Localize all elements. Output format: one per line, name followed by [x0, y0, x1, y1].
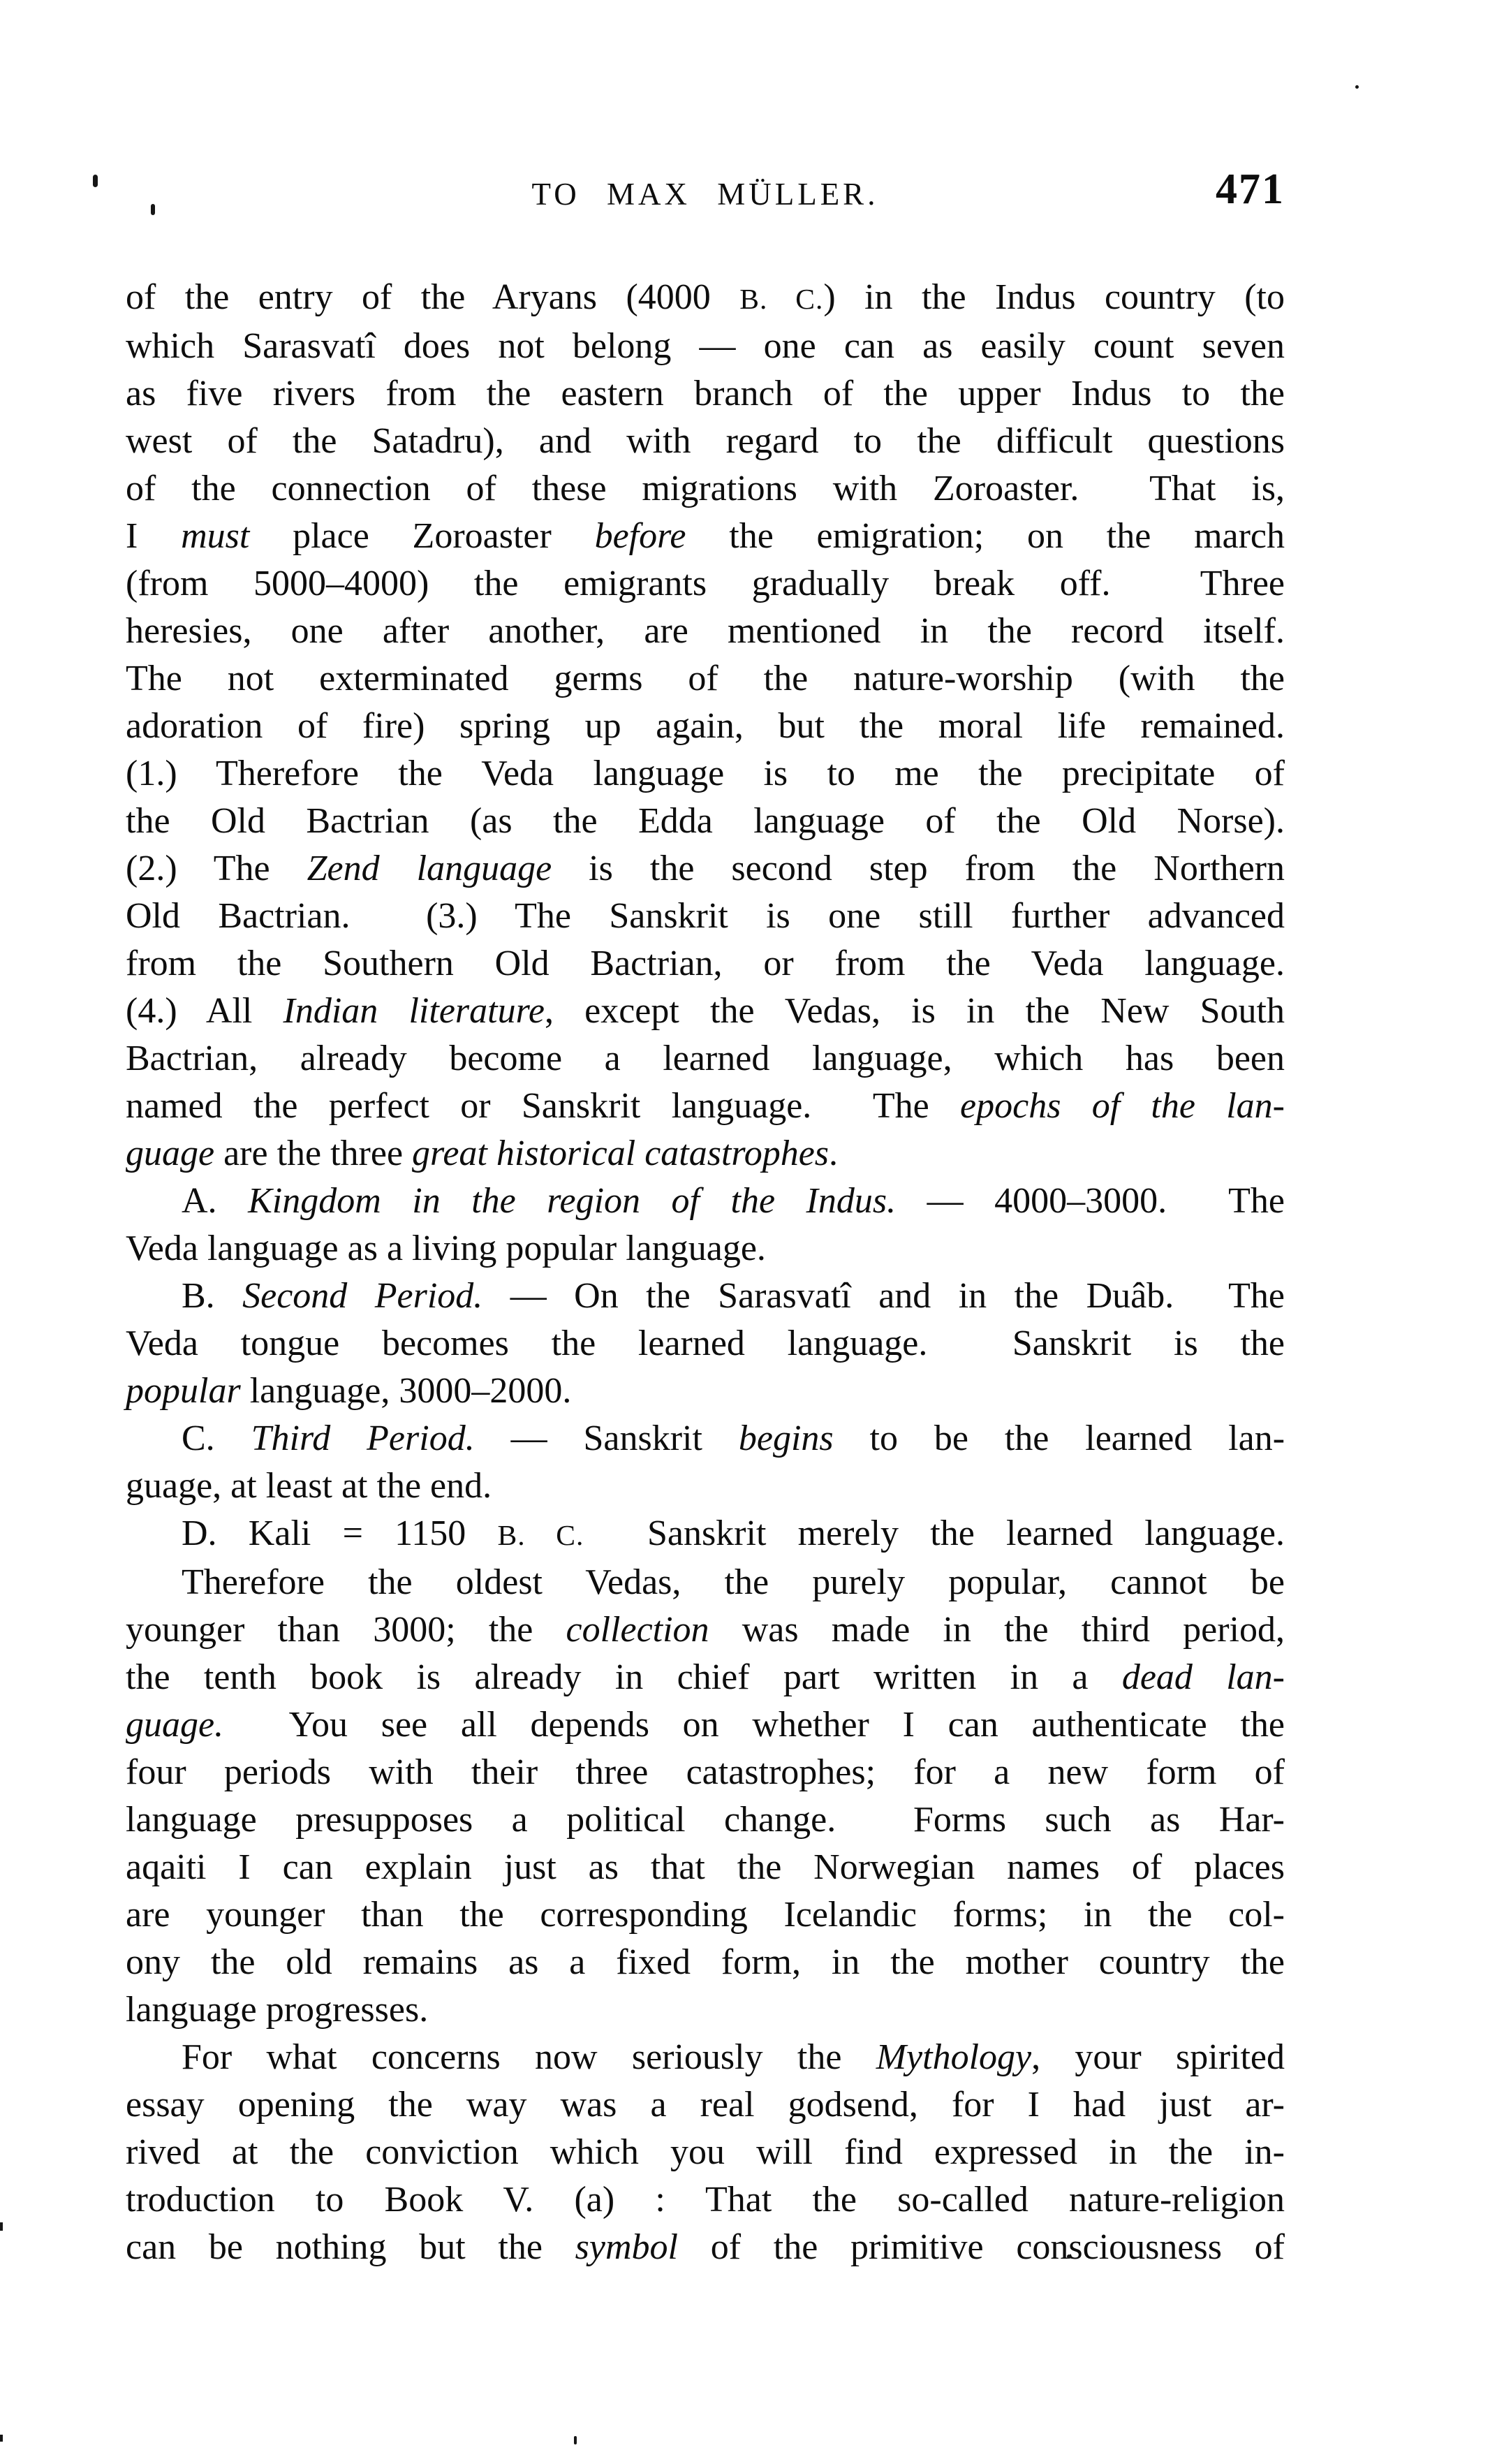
body-text: the tenth book is already in chief part …: [126, 1657, 1122, 1697]
text-line: as five rivers from the eastern branch o…: [126, 370, 1285, 418]
text-line: which Sarasvatî does not belong — one ca…: [126, 323, 1285, 370]
text-line: guage. You see all depends on whether I …: [126, 1701, 1285, 1749]
body-text: of the entry of the Aryans (4000: [126, 277, 739, 317]
italic-text: guage: [126, 1134, 214, 1173]
body-text: (from 5000–4000) the emigrants gradually…: [126, 564, 1285, 603]
body-text: language presupposes a political change.…: [126, 1800, 1285, 1840]
body-text: essay opening the way was a real godsend…: [126, 2085, 1285, 2125]
text-line: can be nothing but the symbol of the pri…: [126, 2224, 1285, 2271]
text-line: D. Kali = 1150 B. C. Sanskrit merely the…: [126, 1510, 1285, 1559]
body-text: can be nothing but the: [126, 2227, 575, 2267]
body-text: west of the Satadru), and with regard to…: [126, 421, 1285, 461]
text-line: (1.) Therefore the Veda language is to m…: [126, 750, 1285, 798]
text-line: essay opening the way was a real godsend…: [126, 2081, 1285, 2129]
text-line: the tenth book is already in chief part …: [126, 1654, 1285, 1701]
body-text: (1.) Therefore the Veda language is to m…: [126, 754, 1285, 793]
text-line: Veda tongue becomes the learned language…: [126, 1320, 1285, 1367]
ink-speck: [0, 2435, 3, 2442]
ink-speck: [1355, 85, 1359, 89]
body-text: to be the learned lan-: [834, 1418, 1285, 1458]
ink-speck: [93, 175, 98, 187]
text-line: (from 5000–4000) the emigrants gradually…: [126, 560, 1285, 608]
italic-text: Mythology: [876, 2037, 1031, 2077]
body-text: C.: [182, 1418, 251, 1458]
body-text: — On the Sarasvatî and in the Duâb. The: [482, 1276, 1285, 1316]
body-text: heresies, one after another, are mention…: [126, 611, 1285, 651]
body-text: are the three: [214, 1134, 412, 1173]
text-line: from the Southern Old Bactrian, or from …: [126, 940, 1285, 988]
body-text: four periods with their three catastroph…: [126, 1752, 1285, 1792]
ink-speck: [574, 2436, 577, 2444]
italic-text: Zend language: [307, 849, 552, 888]
body-text: language progresses.: [126, 1990, 428, 2030]
book-page: TO MAX MÜLLER. 471 of the entry of the A…: [0, 0, 1497, 2464]
body-text: of the primitive consciousness of: [678, 2227, 1285, 2267]
text-line: (2.) The Zend language is the second ste…: [126, 845, 1285, 893]
body-text: The not exterminated germs of the nature…: [126, 659, 1285, 698]
text-line: adoration of fire) spring up again, but …: [126, 703, 1285, 750]
italic-text: collection: [566, 1610, 709, 1650]
body-text: Sanskrit merely the learned language.: [584, 1513, 1285, 1553]
italic-text: Kingdom in the region of the Indus.: [248, 1181, 896, 1221]
body-text: I: [126, 516, 181, 556]
body-text: the Old Bactrian (as the Edda language o…: [126, 801, 1285, 841]
text-line: aqaiti I can explain just as that the No…: [126, 1844, 1285, 1891]
body-text: — Sanskrit: [475, 1418, 739, 1458]
text-line: (4.) All Indian literature, except the V…: [126, 988, 1285, 1035]
body-text: named the perfect or Sanskrit language. …: [126, 1086, 960, 1126]
body-text: adoration of fire) spring up again, but …: [126, 706, 1285, 746]
body-text: You see all depends on whether I can aut…: [223, 1705, 1285, 1745]
body-text: was made in the third period,: [709, 1610, 1285, 1650]
italic-text: Third Period.: [251, 1418, 475, 1458]
italic-text: guage.: [126, 1705, 223, 1745]
body-text: A.: [182, 1181, 248, 1221]
italic-text: great historical catastrophes: [412, 1134, 829, 1173]
body-text: .: [829, 1134, 838, 1173]
body-text: troduction to Book V. (a) : That the so-…: [126, 2180, 1285, 2220]
text-line: Therefore the oldest Vedas, the purely p…: [126, 1559, 1285, 1606]
body-text: , except the Vedas, is in the New South: [545, 991, 1285, 1031]
text-line: of the connection of these migrations wi…: [126, 465, 1285, 513]
italic-text: Second Period.: [242, 1276, 482, 1316]
page-title: TO MAX MÜLLER.: [126, 176, 1285, 212]
italic-text: symbol: [575, 2227, 678, 2267]
text-line: younger than 3000; the collection was ma…: [126, 1606, 1285, 1654]
text-line: west of the Satadru), and with regard to…: [126, 418, 1285, 465]
body-text: (2.) The: [126, 849, 307, 888]
text-line: are younger than the corresponding Icela…: [126, 1891, 1285, 1939]
body-text: place Zoroaster: [249, 516, 594, 556]
text-line: the Old Bactrian (as the Edda language o…: [126, 798, 1285, 845]
italic-text: popular: [126, 1371, 241, 1411]
text-line: B. Second Period. — On the Sarasvatî and…: [126, 1273, 1285, 1320]
text-line: popular language, 3000–2000.: [126, 1367, 1285, 1415]
text-line: ony the old remains as a fixed form, in …: [126, 1939, 1285, 1986]
body-text: the emigration; on the march: [686, 516, 1285, 556]
text-line: named the perfect or Sanskrit language. …: [126, 1083, 1285, 1130]
text-line: A. Kingdom in the region of the Indus. —…: [126, 1178, 1285, 1225]
text-line: Bactrian, already become a learned langu…: [126, 1035, 1285, 1083]
ink-speck: [0, 2222, 3, 2231]
text-line: For what concerns now seriously the Myth…: [126, 2034, 1285, 2081]
text-line: language presupposes a political change.…: [126, 1796, 1285, 1844]
text-line: I must place Zoroaster before the emigra…: [126, 513, 1285, 560]
body-text: of the connection of these migrations wi…: [126, 469, 1285, 508]
body-text: B.: [182, 1276, 242, 1316]
text-line: Veda language as a living popular langua…: [126, 1225, 1285, 1273]
body-text: is the second step from the Northern: [552, 849, 1285, 888]
body-text: guage, at least at the end.: [126, 1466, 492, 1506]
body-text: (4.) All: [126, 991, 283, 1031]
body-text: Therefore the oldest Vedas, the purely p…: [182, 1562, 1285, 1602]
italic-text: before: [595, 516, 686, 556]
body-text: ony the old remains as a fixed form, in …: [126, 1942, 1285, 1982]
text-line: guage, at least at the end.: [126, 1462, 1285, 1510]
body-text: ) in the Indus country (to: [823, 277, 1285, 317]
text-line: guage are the three great historical cat…: [126, 1130, 1285, 1178]
body-text: Veda language as a living popular langua…: [126, 1229, 766, 1268]
body-text: rived at the conviction which you will f…: [126, 2132, 1285, 2172]
text-line: four periods with their three catastroph…: [126, 1749, 1285, 1796]
small-caps-text: B. C.: [498, 1519, 584, 1551]
running-head: TO MAX MÜLLER. 471: [126, 165, 1285, 228]
body-text: Veda tongue becomes the learned language…: [126, 1323, 1285, 1363]
text-block: of the entry of the Aryans (4000 B. C.) …: [126, 274, 1285, 2271]
page-number: 471: [1216, 165, 1285, 214]
italic-text: Indian literature: [283, 991, 545, 1031]
body-text: as five rivers from the eastern branch o…: [126, 374, 1285, 413]
text-line: rived at the conviction which you will f…: [126, 2129, 1285, 2176]
body-text: — 4000–3000. The: [896, 1181, 1285, 1221]
body-text: Old Bactrian. (3.) The Sanskrit is one s…: [126, 896, 1285, 936]
body-text: which Sarasvatî does not belong — one ca…: [126, 326, 1285, 366]
body-text: , your spirited: [1031, 2037, 1285, 2077]
body-text: from the Southern Old Bactrian, or from …: [126, 944, 1285, 983]
text-line: troduction to Book V. (a) : That the so-…: [126, 2176, 1285, 2224]
body-text: younger than 3000; the: [126, 1610, 566, 1650]
italic-text: dead lan-: [1122, 1657, 1285, 1697]
text-line: C. Third Period. — Sanskrit begins to be…: [126, 1415, 1285, 1462]
body-text: For what concerns now seriously the: [182, 2037, 876, 2077]
italic-text: epochs of the lan-: [960, 1086, 1285, 1126]
small-caps-text: B. C.: [739, 283, 823, 315]
text-line: language progresses.: [126, 1986, 1285, 2034]
text-line: of the entry of the Aryans (4000 B. C.) …: [126, 274, 1285, 323]
italic-text: must: [181, 516, 249, 556]
body-text: D. Kali = 1150: [182, 1513, 498, 1553]
italic-text: begins: [739, 1418, 834, 1458]
body-text: Bactrian, already become a learned langu…: [126, 1039, 1285, 1078]
text-line: Old Bactrian. (3.) The Sanskrit is one s…: [126, 893, 1285, 940]
text-line: heresies, one after another, are mention…: [126, 608, 1285, 655]
body-text: language, 3000–2000.: [241, 1371, 572, 1411]
text-line: The not exterminated germs of the nature…: [126, 655, 1285, 703]
body-text: are younger than the corresponding Icela…: [126, 1895, 1285, 1935]
body-text: aqaiti I can explain just as that the No…: [126, 1847, 1285, 1887]
